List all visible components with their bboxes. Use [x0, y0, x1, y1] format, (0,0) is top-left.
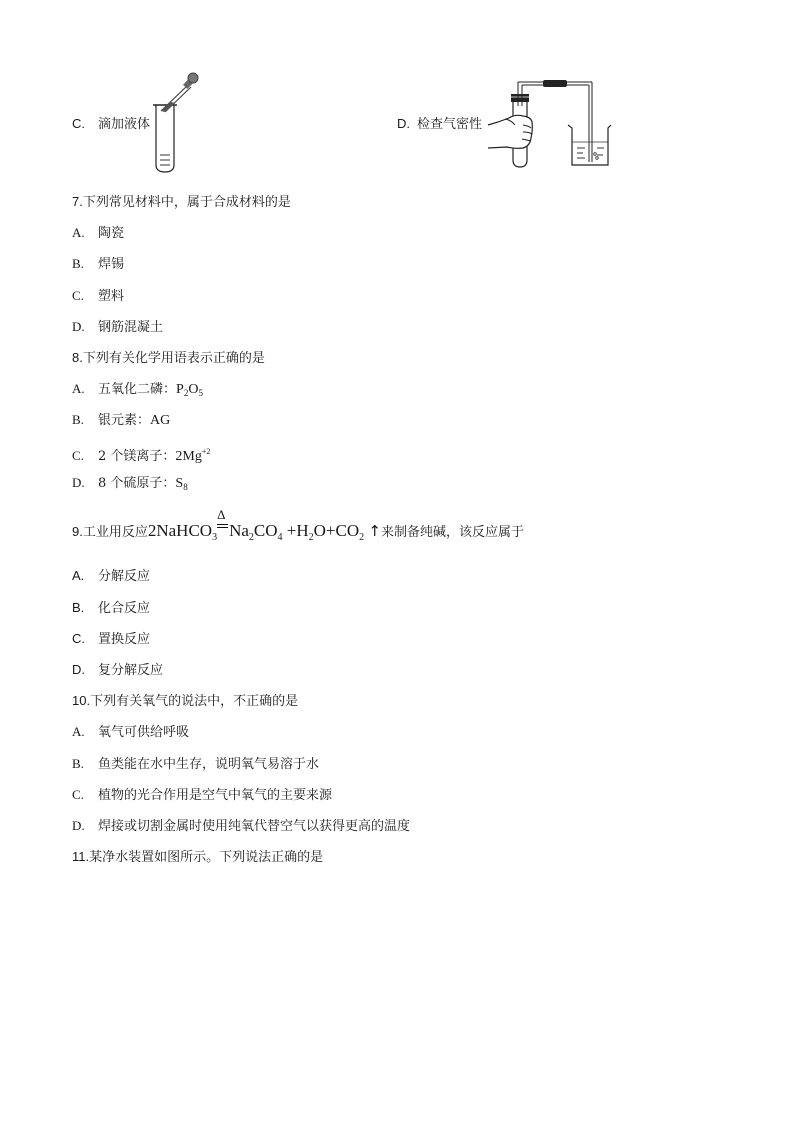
option-text: 焊接或切割金属时使用纯氧代替空气以获得更高的温度 — [98, 819, 410, 834]
chemical-formula: S8 — [175, 476, 187, 491]
option-text: 银元素： — [98, 413, 150, 428]
question-number: 11. — [72, 849, 89, 864]
option-letter: A. — [72, 723, 98, 741]
chemical-equation: 2NaHCO3ΔNa2CO4 +H2O+CO2 ↑ — [148, 521, 381, 540]
option-letter: D. — [72, 474, 98, 492]
question-number: 7. — [72, 194, 83, 209]
question-number: 9. — [72, 524, 83, 539]
option-text: 置换反应 — [98, 632, 150, 647]
q7-option-a: A.陶瓷 — [72, 224, 124, 243]
option-letter: D. — [397, 115, 417, 133]
q9-option-b: B.化合反应 — [72, 599, 150, 618]
q8-option-d: D.8 个硫原子：S8 — [72, 474, 188, 496]
option-letter: A. — [72, 380, 98, 398]
q8-option-a: A.五氧化二磷：P2O5 — [72, 380, 203, 402]
option-text: 塑料 — [98, 289, 124, 304]
option-letter: D. — [72, 318, 98, 336]
q8-stem: 8.下列有关化学用语表示正确的是 — [72, 349, 265, 368]
option-letter: C. — [72, 115, 98, 133]
q10-option-a: A.氧气可供给呼吸 — [72, 723, 189, 742]
option-text: 化合反应 — [98, 601, 150, 616]
question-text-suffix: 来制备纯碱，该反应属于 — [381, 525, 524, 540]
option-letter: A. — [72, 567, 98, 585]
option-text: 检查气密性 — [417, 117, 482, 132]
question-number: 8. — [72, 350, 83, 365]
option-text: 钢筋混凝土 — [98, 320, 163, 335]
question-text-prefix: 工业用反应 — [83, 525, 148, 540]
option-letter: C. — [72, 447, 98, 465]
question-number: 10. — [72, 693, 90, 708]
q7-option-d: D.钢筋混凝土 — [72, 318, 163, 337]
q6-option-c: C.滴加液体 — [72, 115, 150, 134]
option-letter: D. — [72, 661, 98, 679]
test-tube-dropper-figure — [145, 65, 205, 177]
chemical-formula: 2Mg+2 — [175, 449, 210, 464]
option-letter: B. — [72, 755, 98, 773]
option-text: 滴加液体 — [98, 117, 150, 132]
heating-condition: Δ — [217, 518, 229, 538]
option-text: 复分解反应 — [98, 663, 163, 678]
q6-option-d: D.检查气密性 — [397, 115, 482, 134]
q8-option-b: B.银元素：AG — [72, 411, 170, 430]
option-letter: A. — [72, 224, 98, 242]
option-letter: C. — [72, 287, 98, 305]
chemical-formula: AG — [150, 413, 170, 428]
option-letter: B. — [72, 411, 98, 429]
option-letter: B. — [72, 255, 98, 273]
q10-option-b: B.鱼类能在水中生存，说明氧气易溶于水 — [72, 755, 319, 774]
q10-stem: 10.下列有关氧气的说法中，不正确的是 — [72, 692, 298, 711]
option-text: 植物的光合作用是空气中氧气的主要来源 — [98, 788, 332, 803]
q7-option-b: B.焊锡 — [72, 255, 124, 274]
q7-option-c: C.塑料 — [72, 287, 124, 306]
question-text: 下列常见材料中，属于合成材料的是 — [83, 195, 291, 210]
q9-stem: 9.工业用反应2NaHCO3ΔNa2CO4 +H2O+CO2 ↑来制备纯碱，该反… — [72, 518, 524, 547]
airtightness-check-figure — [485, 70, 615, 170]
q8-option-c: C.2 个镁离子：2Mg+2 — [72, 443, 210, 466]
q9-option-c: C.置换反应 — [72, 630, 150, 649]
q10-option-d: D.焊接或切割金属时使用纯氧代替空气以获得更高的温度 — [72, 817, 410, 836]
question-text: 下列有关氧气的说法中，不正确的是 — [90, 694, 298, 709]
gas-arrow-icon: ↑ — [368, 522, 381, 540]
option-text: 五氧化二磷： — [98, 382, 176, 397]
option-text: 鱼类能在水中生存，说明氧气易溶于水 — [98, 757, 319, 772]
q9-option-a: A.分解反应 — [72, 567, 150, 586]
option-letter: D. — [72, 817, 98, 835]
option-letter: B. — [72, 599, 98, 617]
option-text: 焊锡 — [98, 257, 124, 272]
option-letter: C. — [72, 786, 98, 804]
option-text: 8 个硫原子： — [98, 476, 175, 491]
option-text: 氧气可供给呼吸 — [98, 725, 189, 740]
option-text: 陶瓷 — [98, 226, 124, 241]
option-text: 2 个镁离子： — [98, 449, 175, 464]
question-text: 下列有关化学用语表示正确的是 — [83, 351, 265, 366]
q10-option-c: C.植物的光合作用是空气中氧气的主要来源 — [72, 786, 332, 805]
q9-option-d: D.复分解反应 — [72, 661, 163, 680]
question-text: 某净水装置如图所示。下列说法正确的是 — [89, 850, 323, 865]
q7-stem: 7.下列常见材料中，属于合成材料的是 — [72, 193, 291, 212]
chemical-formula: P2O5 — [176, 382, 203, 397]
q11-stem: 11.某净水装置如图所示。下列说法正确的是 — [72, 848, 323, 867]
option-text: 分解反应 — [98, 569, 150, 584]
option-letter: C. — [72, 630, 98, 648]
